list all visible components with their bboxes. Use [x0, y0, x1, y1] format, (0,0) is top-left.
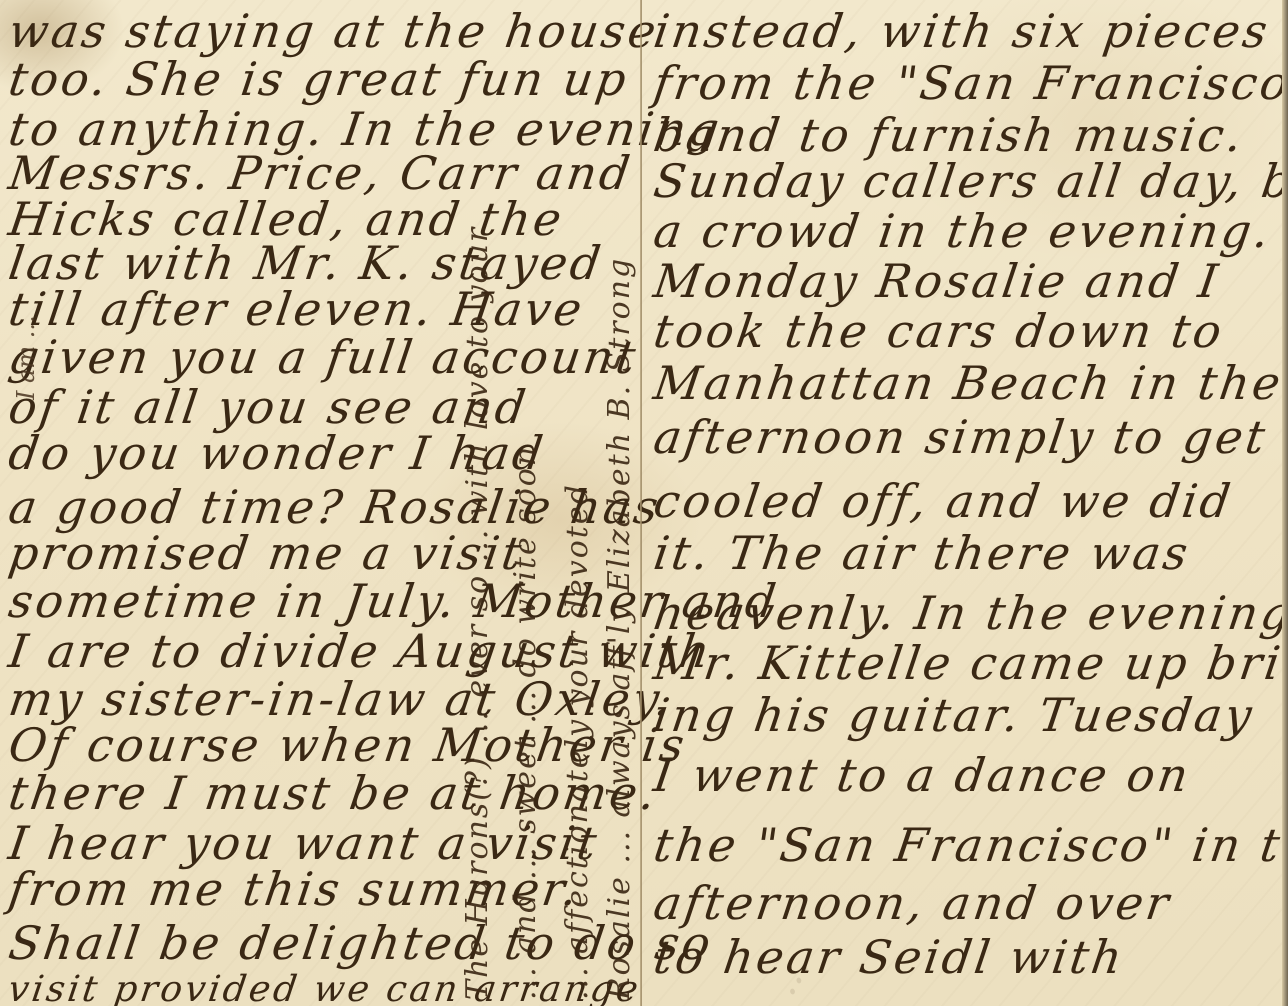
letter-line: given you a full account — [6, 334, 641, 380]
letter-line: of it all you see and — [6, 384, 531, 430]
letter-line: from the "San Francisco's" — [651, 60, 1288, 106]
letter-line: promised me a visit — [6, 530, 527, 576]
cross-written-text: ... and ... sweet ... do write soon — [508, 445, 543, 1000]
letter-line: was staying at the house — [6, 8, 662, 54]
letter-line: till after eleven. Have — [6, 286, 587, 332]
letter-line: Messrs. Price, Carr and — [6, 150, 635, 196]
left-page: was staying at the house too. She is gre… — [0, 0, 640, 1006]
cross-written-text: Rosalie ... always aff'ly Elizabeth B. S… — [602, 257, 637, 1000]
letter-line: Mr. Kittelle came up bring- — [651, 640, 1288, 686]
page-fold-line — [640, 0, 642, 1006]
letter-line: cooled off, and we did — [651, 478, 1236, 524]
letter-line: a crowd in the evening. — [651, 208, 1275, 254]
letter-line: afternoon simply to get — [651, 414, 1271, 460]
letter-line: took the cars down to — [651, 308, 1227, 354]
letter-line: I went to a dance on — [651, 752, 1194, 798]
letter-line: it. The air there was — [651, 530, 1193, 576]
cross-written-text: The Hurons(?) ... ever so ... with love … — [460, 226, 495, 1000]
margin-note: I am ... — [12, 315, 40, 400]
letter-line: last with Mr. K. stayed — [6, 240, 606, 286]
right-page: instead, with six pieces from the "San F… — [643, 0, 1283, 1006]
letter-line: heavenly. In the evening — [651, 590, 1288, 636]
letter-line: instead, with six pieces — [651, 8, 1273, 54]
letter-line: visit provided we can arrange — [6, 972, 643, 1006]
letter-line: the "San Francisco" in the — [651, 822, 1288, 868]
letter-line: Monday Rosalie and I — [651, 258, 1223, 304]
cross-written-text: ... affectionately your devoted — [560, 483, 595, 1000]
letter-line: too. She is great fun up — [6, 56, 632, 102]
letter-line: ing his guitar. Tuesday — [651, 692, 1257, 738]
paper-edge — [1282, 0, 1288, 1006]
letter-line: band to furnish music. — [651, 112, 1248, 158]
letter-line: Manhattan Beach in the — [651, 360, 1286, 406]
letter-line: Sunday callers all day, but — [651, 158, 1288, 204]
letter-line: from me this summer. — [6, 866, 583, 912]
letter-line: to hear Seidl with — [651, 934, 1128, 980]
letter-line: afternoon, and over — [651, 880, 1175, 926]
